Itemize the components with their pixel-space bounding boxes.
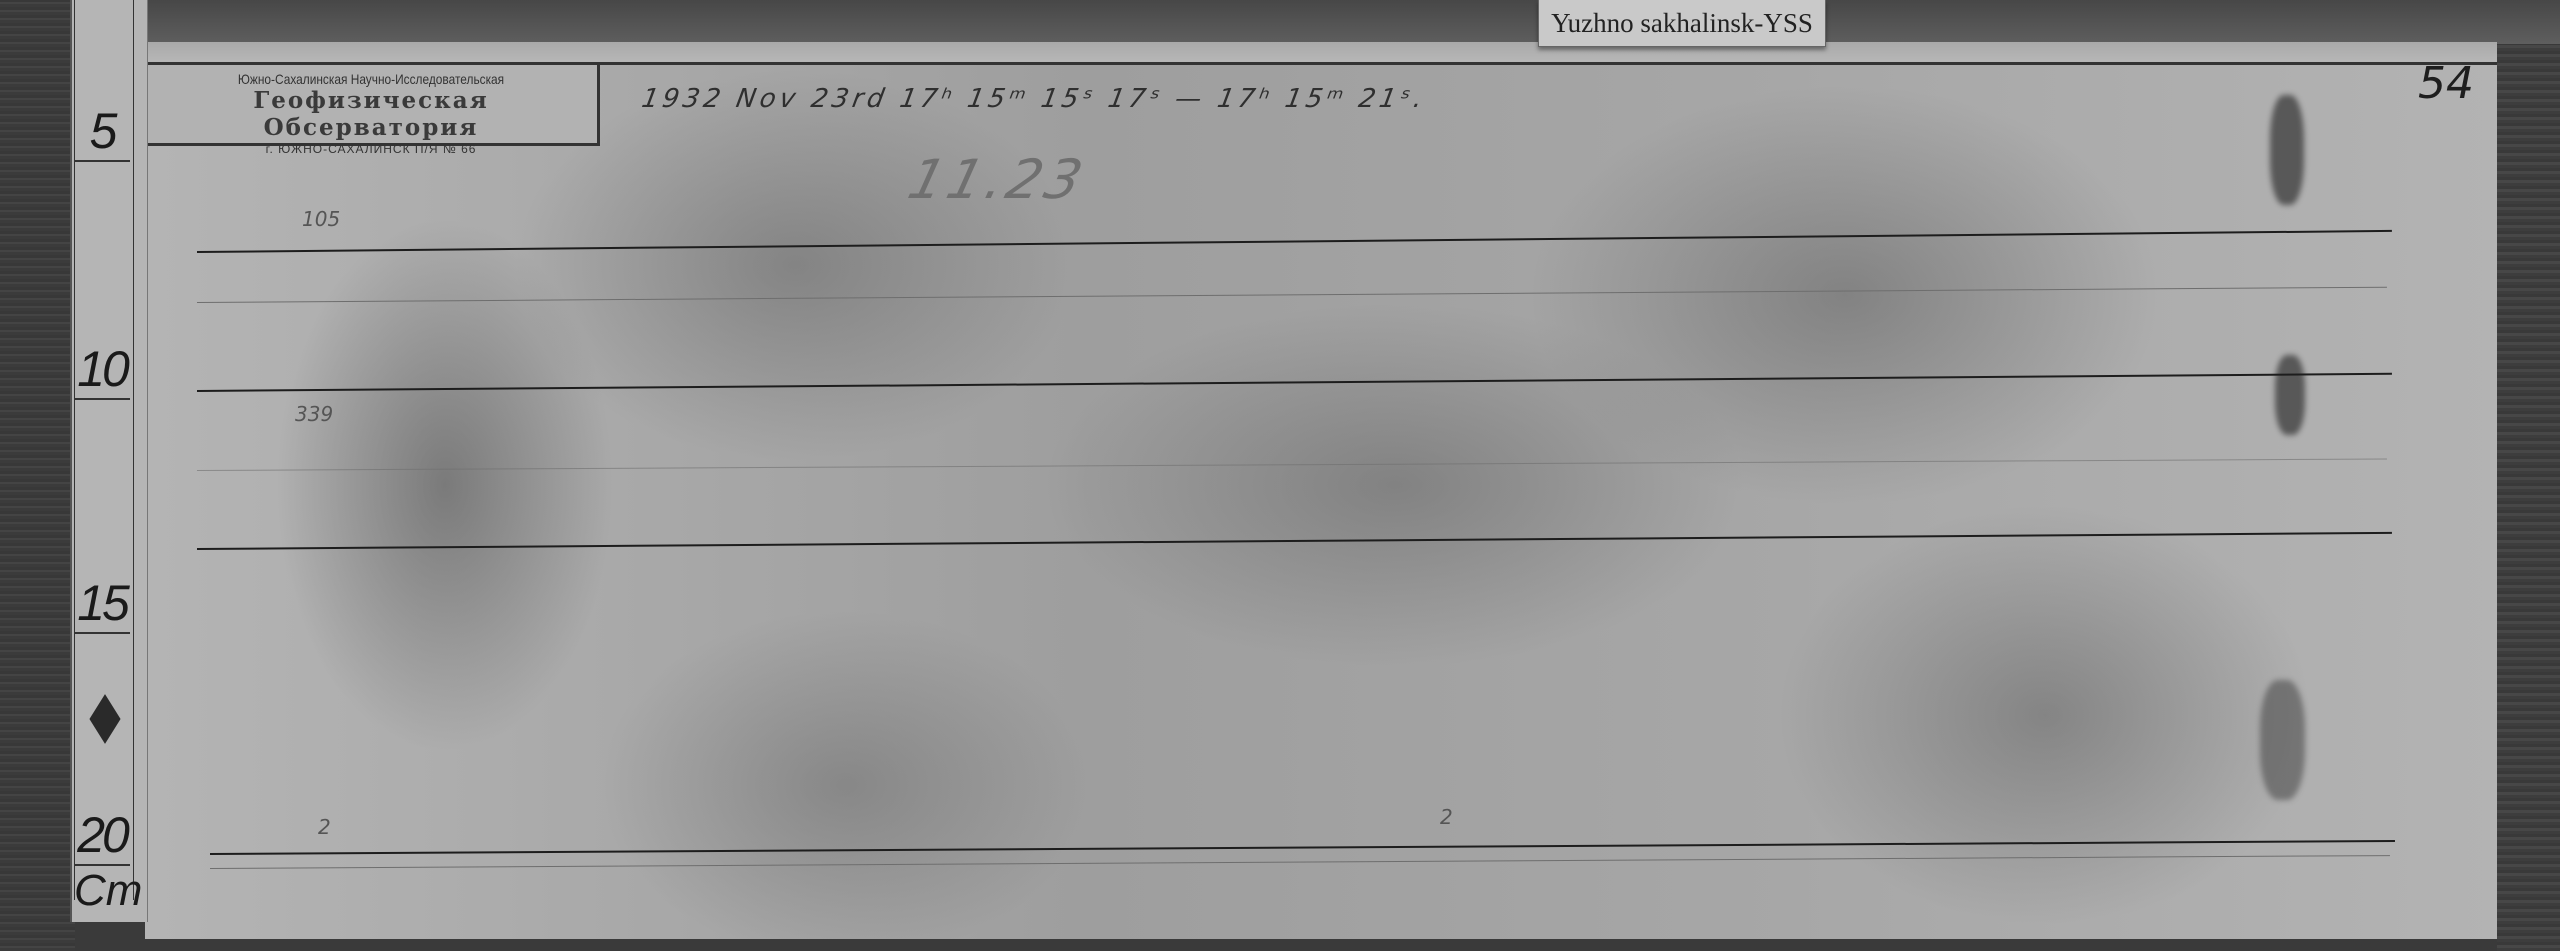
ruler-unit: Cm bbox=[74, 866, 134, 916]
ruler-mark-15: 15 bbox=[74, 400, 130, 634]
background-top bbox=[75, 0, 2560, 44]
background-left bbox=[0, 0, 75, 951]
stamp-line-1: Южно-Сахалинская Научно-Исследовательска… bbox=[179, 71, 563, 87]
handwritten-date: 11.23 bbox=[902, 148, 1092, 211]
trace-note: 339 bbox=[295, 402, 333, 426]
ruler-mark-20: 20 bbox=[74, 634, 130, 866]
ink-blot bbox=[2275, 355, 2305, 435]
trace-note: 2 bbox=[1440, 805, 1453, 829]
ink-blot bbox=[2260, 680, 2305, 800]
ink-blot bbox=[2270, 95, 2304, 205]
background-right bbox=[2497, 44, 2560, 951]
trace-note: 2 bbox=[318, 815, 331, 839]
page-number: 54 bbox=[2418, 58, 2474, 109]
sleeve-edge bbox=[145, 42, 2497, 64]
station-label: Yuzhno sakhalinsk-YSS bbox=[1538, 0, 1826, 47]
stamp-line-2: Геофизическая Обсерватория bbox=[145, 87, 597, 141]
trace-note: 105 bbox=[302, 207, 340, 231]
handwritten-header: 1932 Nov 23rd 17ʰ 15ᵐ 15ˢ 17ˢ — 17ʰ 15ᵐ … bbox=[639, 84, 1428, 114]
ruler-mark-10: 10 bbox=[74, 162, 130, 400]
ruler-mark-5: 5 bbox=[74, 0, 130, 162]
seismogram-sheet bbox=[145, 62, 2497, 939]
observatory-stamp: Южно-Сахалинская Научно-Исследовательска… bbox=[143, 62, 600, 146]
scale-ruler: 5 10 15 20 Cm bbox=[70, 0, 148, 922]
stamp-line-3: г. ЮЖНО-САХАЛИНСК П/Я № 66 bbox=[145, 142, 597, 156]
